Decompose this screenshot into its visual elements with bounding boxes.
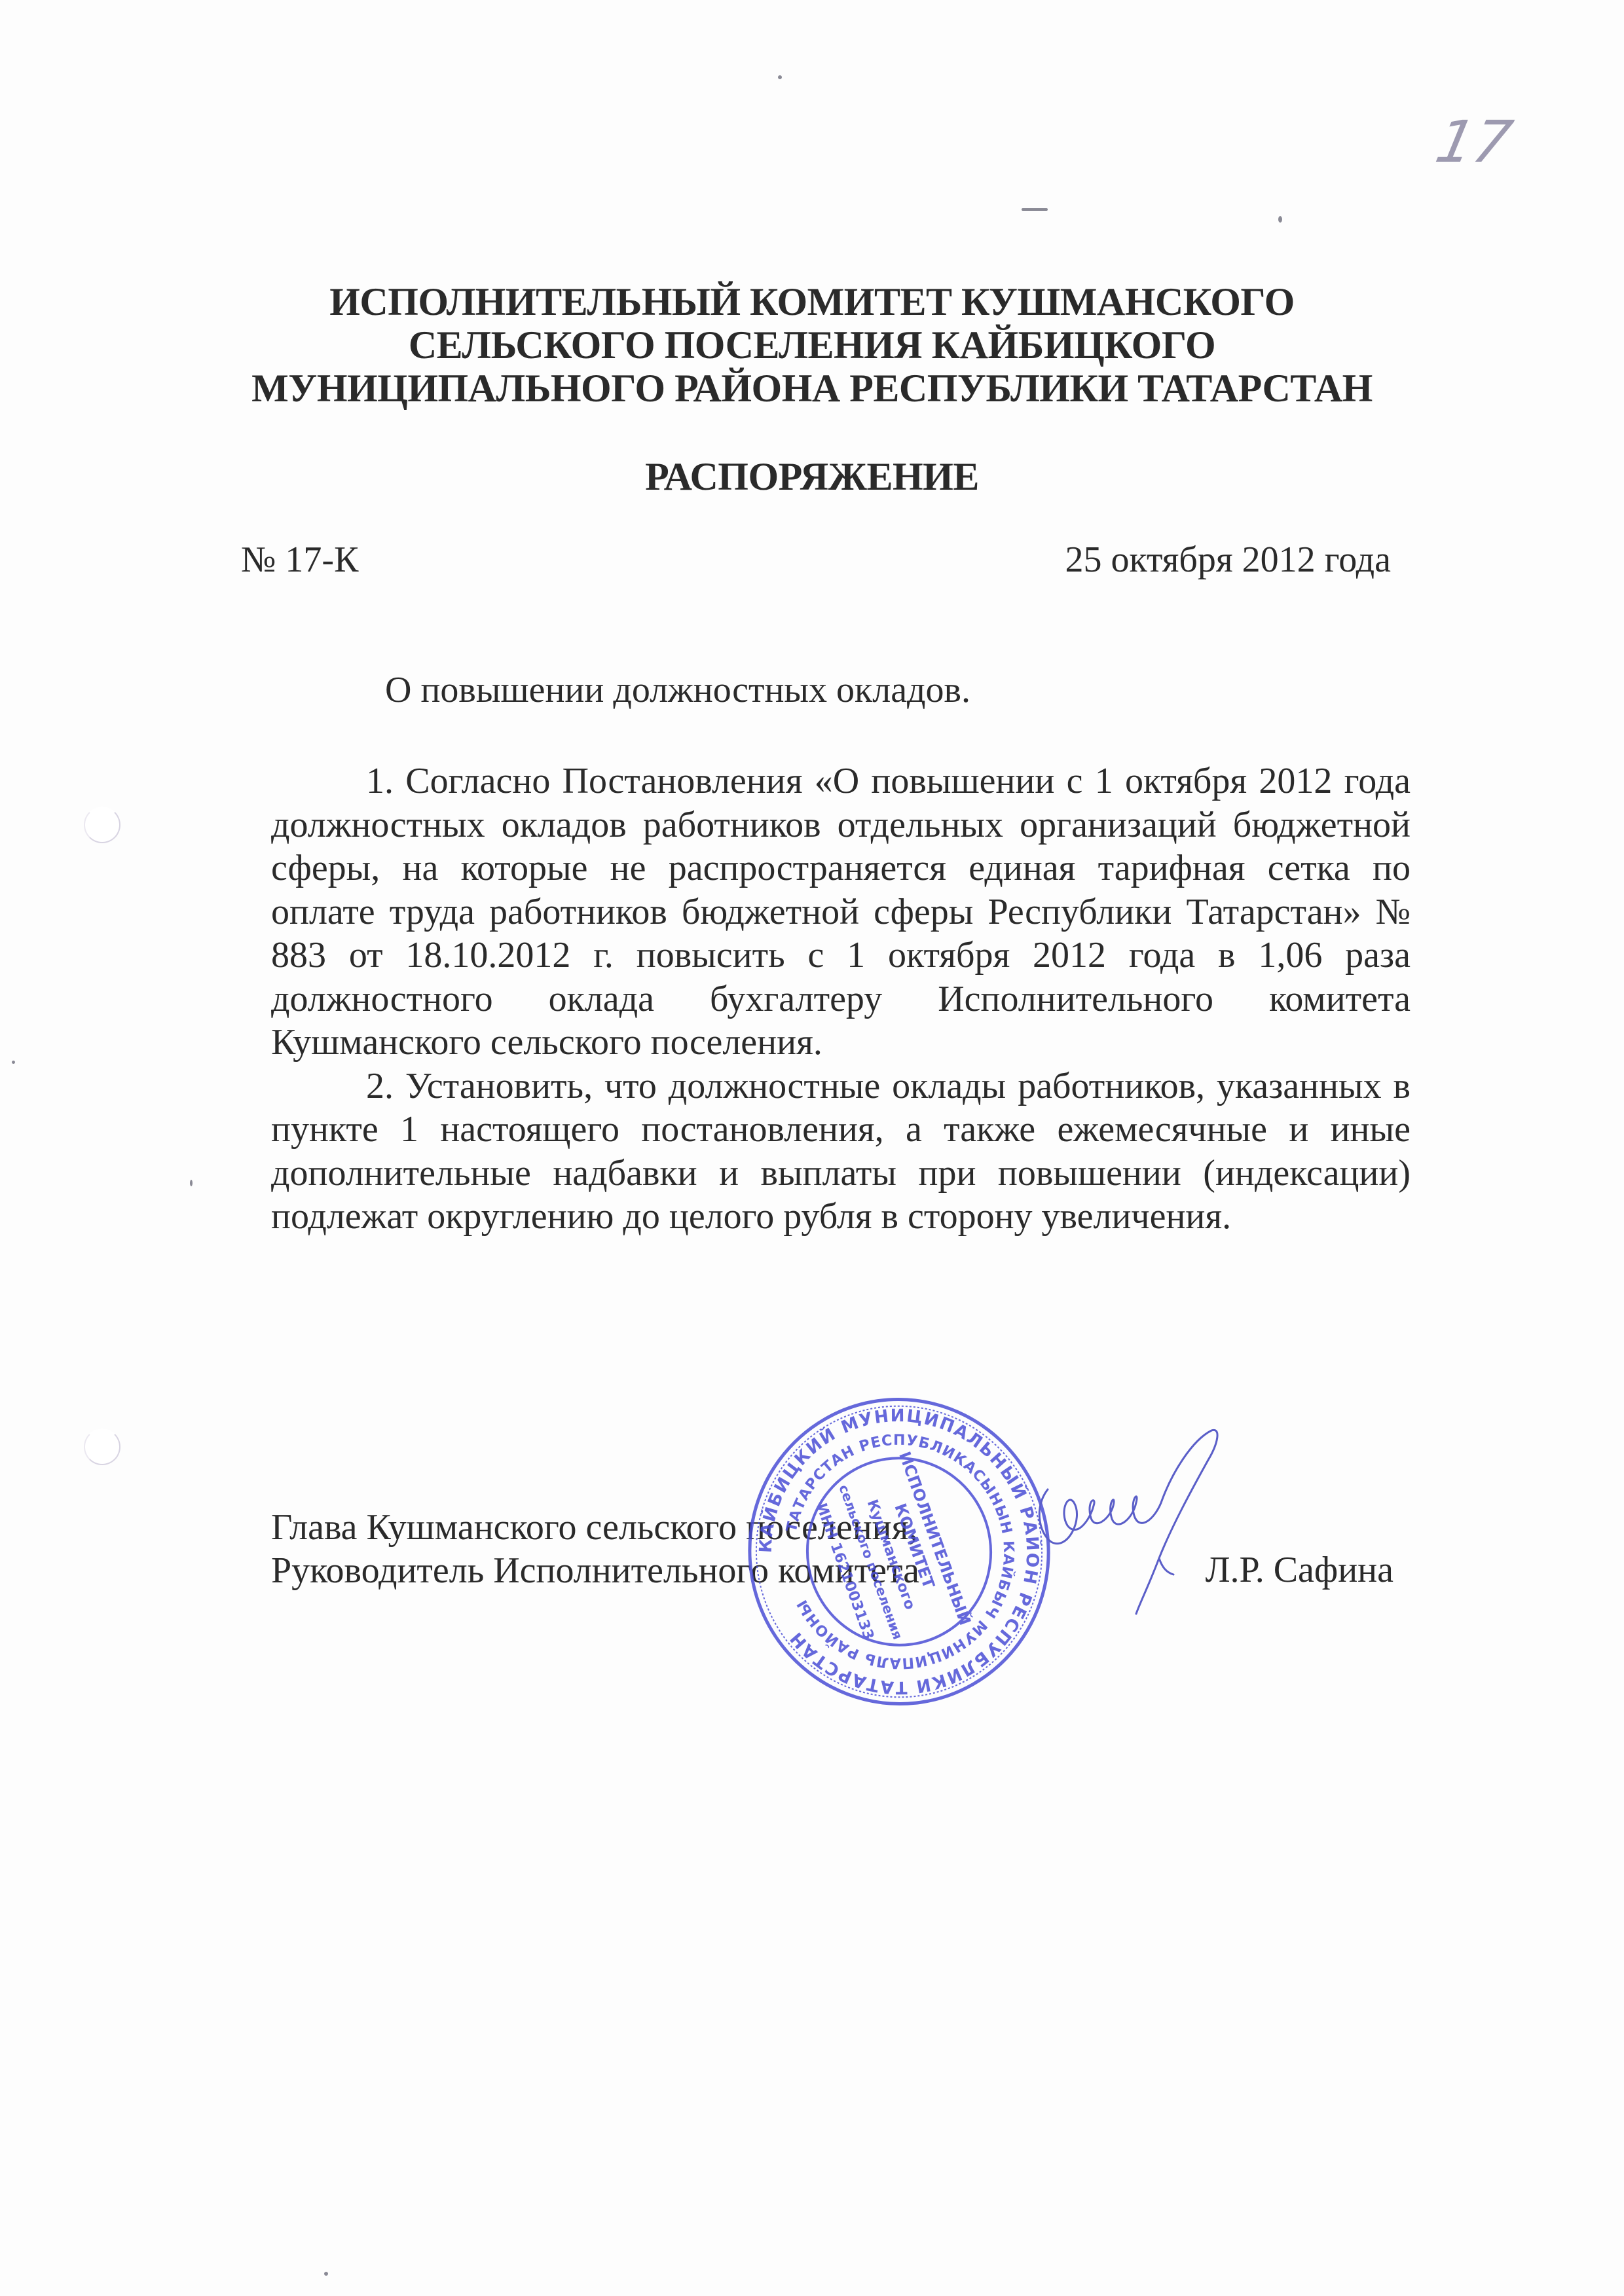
document-number: № 17-К [241, 539, 358, 581]
header-line: ИСПОЛНИТЕЛЬНЫЙ КОМИТЕТ КУШМАНСКОГО [0, 280, 1624, 323]
header-line: МУНИЦИПАЛЬНОГО РАЙОНА РЕСПУБЛИКИ ТАТАРСТ… [0, 367, 1624, 410]
document-body: 1. Согласно Постановления «О повышении с… [271, 759, 1411, 1239]
scan-speck [778, 75, 782, 79]
punch-hole [84, 1429, 120, 1465]
paragraph-1: 1. Согласно Постановления «О повышении с… [271, 759, 1411, 1065]
scan-speck [324, 2272, 328, 2276]
scan-speck [190, 1180, 193, 1186]
document-type-title: РАСПОРЯЖЕНИЕ [0, 454, 1624, 500]
scan-speck [12, 1061, 15, 1064]
document-date: 25 октября 2012 года [1065, 539, 1391, 581]
organization-header: ИСПОЛНИТЕЛЬНЫЙ КОМИТЕТ КУШМАНСКОГО СЕЛЬС… [0, 280, 1624, 410]
scan-speck [1278, 216, 1282, 223]
punch-hole [84, 807, 120, 843]
handwritten-page-number: 17 [1430, 108, 1518, 175]
scan-speck [1022, 208, 1048, 211]
document-subject: О повышении должностных окладов. [385, 669, 970, 711]
handwritten-signature-icon [1022, 1427, 1297, 1617]
header-line: СЕЛЬСКОГО ПОСЕЛЕНИЯ КАЙБИЦКОГО [0, 323, 1624, 367]
paragraph-2: 2. Установить, что должностные оклады ра… [271, 1065, 1411, 1239]
